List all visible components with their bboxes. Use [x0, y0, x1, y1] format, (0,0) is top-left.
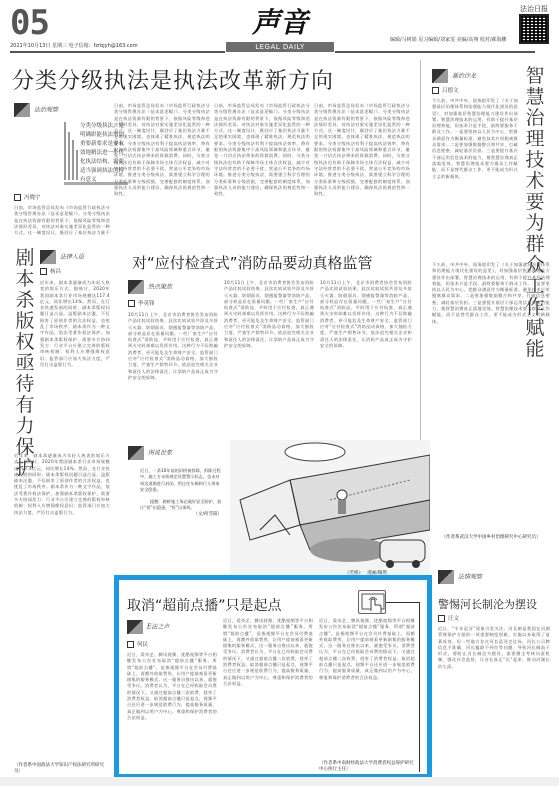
pullquote-decoration	[64, 122, 78, 180]
column-logo-icon	[432, 69, 448, 83]
fire-headline[interactable]: 对“应付检查式”消防品要动真格监管	[132, 252, 373, 273]
fire-body-col3: 10月11日上午，北京市消费者协会发布消防产品比较试验结果。此次比较试验共涉及多…	[320, 280, 412, 432]
editor-credits: 编辑/马树娟 见习编辑/刘家雯 美编/高翔 校对/郝海鹏	[390, 36, 507, 43]
dateline: 2021年10月13日 星期三 电子信箱：fzrbjyh@163.com	[10, 42, 138, 49]
page-number: 05	[10, 6, 49, 40]
river-byline: 汪文	[438, 614, 459, 622]
cartoon-image	[230, 440, 430, 580]
column-logo-icon	[127, 620, 143, 634]
right-column-label: 基治沙龙	[432, 69, 476, 83]
fire-body-col2: 10月11日上午，北京市消费者协会发布消防产品比较试验结果。此次比较试验共涉及多…	[224, 280, 314, 432]
section-subtitle: LEGAL DAILY	[226, 42, 334, 52]
fire-body-col1: 10月11日上午，北京市消费者协会发布消防产品比较试验结果。此次比较试验共涉及多…	[128, 312, 218, 432]
cartoon-quote: 提醒：路桥施工务必做好安全防护，莫让“拆”出隐患，“拆”出事故。	[140, 499, 222, 512]
header-rule-right	[335, 51, 535, 53]
bridge-cartoon-icon	[230, 440, 430, 580]
left-byline: 杨昌	[40, 267, 61, 275]
river-body: 近日，“半年巡河”现象引发关注。河长制是我国在河湖管理保护方面的一项重要制度创新…	[438, 626, 550, 776]
touch-screen-icon	[358, 590, 386, 614]
blue-body-col2: 近日，爱奇艺、腾讯视频、优酷视频等平台相继发布公告宣布取消“超前点播”服务。所谓…	[223, 618, 313, 768]
fire-column-label: 热点聚焦	[128, 280, 172, 294]
left-column-label: 法律人语	[40, 250, 84, 264]
right-body-top: 不久前，中共中央、国务院印发了《关于加强基层治理体系和治理能力现代化建设的意见》…	[432, 98, 518, 258]
decorative-line-vertical	[419, 602, 420, 772]
column-label-text: 法治观察	[34, 107, 58, 114]
cartoon-caption-text: 近日，一条10年前的旧桥被拆除，拆除过程中，施工方未按规定设置警示标志，也未对周…	[140, 468, 222, 493]
lead-body-col3: 日前，市场监管总局发布《市场监管行政执法分类分级管理办法（征求意见稿）》。分类分…	[214, 103, 310, 233]
blue-headline[interactable]: 取消“超前点播”只是起点	[127, 595, 282, 615]
column-logo-icon	[438, 570, 454, 584]
blue-body-col3: 近日，爱奇艺、腾讯视频、优酷视频等平台相继发布公告宣布取消“超前点播”服务。所谓…	[319, 618, 415, 758]
column-logo-icon	[40, 250, 56, 264]
lead-headline[interactable]: 分类分级执法是执法改革新方向	[12, 64, 334, 95]
river-headline[interactable]: 警惕河长制沦为摆设	[438, 596, 537, 612]
decorative-line	[386, 602, 420, 603]
blue-byline: 何民	[127, 640, 148, 648]
lead-column-label: 法治观察	[14, 103, 58, 117]
river-column-label: 法情观察	[438, 570, 482, 584]
cartoon-column-label: 图说世象	[128, 446, 172, 460]
left-body-bottom: 近年来，剧本杀逐渐成为年轻人热衷的娱乐方式。据统计，2020年我国剧本杀行业市场…	[14, 453, 110, 703]
section-logo: 声音	[226, 6, 334, 40]
left-vertical-headline[interactable]: 剧本杀版权亟待有力保护	[14, 248, 36, 479]
blue-body-col1: 近日，爱奇艺、腾讯视频、优酷视频等平台相继发布公告宣布取消“超前点播”服务。所谓…	[127, 652, 217, 764]
page-footer	[0, 777, 559, 786]
column-logo-icon	[128, 280, 144, 294]
fire-byline: 李英锋	[128, 299, 155, 307]
blue-credit: （作者系中南财经政法大学消费者权益保护研究中心执行主任）	[319, 760, 415, 772]
lead-body-col2: 日前，市场监管总局发布《市场监管行政执法分类分级管理办法（征求意见稿）》。分类分…	[114, 103, 210, 233]
column-logo-icon	[14, 103, 30, 117]
lead-body-col4: 日前，市场监管总局发布《市场监管行政执法分类分级管理办法（征求意见稿）》。分类分…	[314, 103, 410, 233]
left-body-top: 近年来，剧本杀逐渐成为年轻人热衷的娱乐方式。据统计，2020年我国剧本杀行业市场…	[40, 280, 110, 450]
cartoon-credit: （文/何雪阳）	[140, 512, 222, 518]
masthead: 法治日报	[520, 4, 548, 14]
lead-byline: 冯晓宇	[14, 193, 41, 201]
blue-column-label: E法之声	[127, 620, 169, 634]
cartoon-caption: 近日，一条10年前的旧桥被拆除，拆除过程中，施工方未按规定设置警示标志，也未对周…	[140, 468, 222, 518]
qr-code-icon[interactable]	[519, 14, 549, 44]
right-body-bottom: 不久前，中共中央、国务院印发了《关于加强基层治理体系和治理能力现代化建设的意见》…	[432, 262, 550, 530]
header-rule-left	[10, 51, 225, 53]
right-credit: （作者系武汉大学中国乡村治理研究中心研究员）	[432, 534, 550, 540]
column-logo-icon	[128, 446, 144, 460]
right-byline: 吕德文	[432, 86, 459, 94]
left-credit: （作者系中国政法大学知识产权法研究所研究员）	[14, 762, 110, 774]
lead-body-col1: 日前，市场监管总局发布《市场监管行政执法分类分级管理办法（征求意见稿）》。分类分…	[14, 205, 110, 235]
